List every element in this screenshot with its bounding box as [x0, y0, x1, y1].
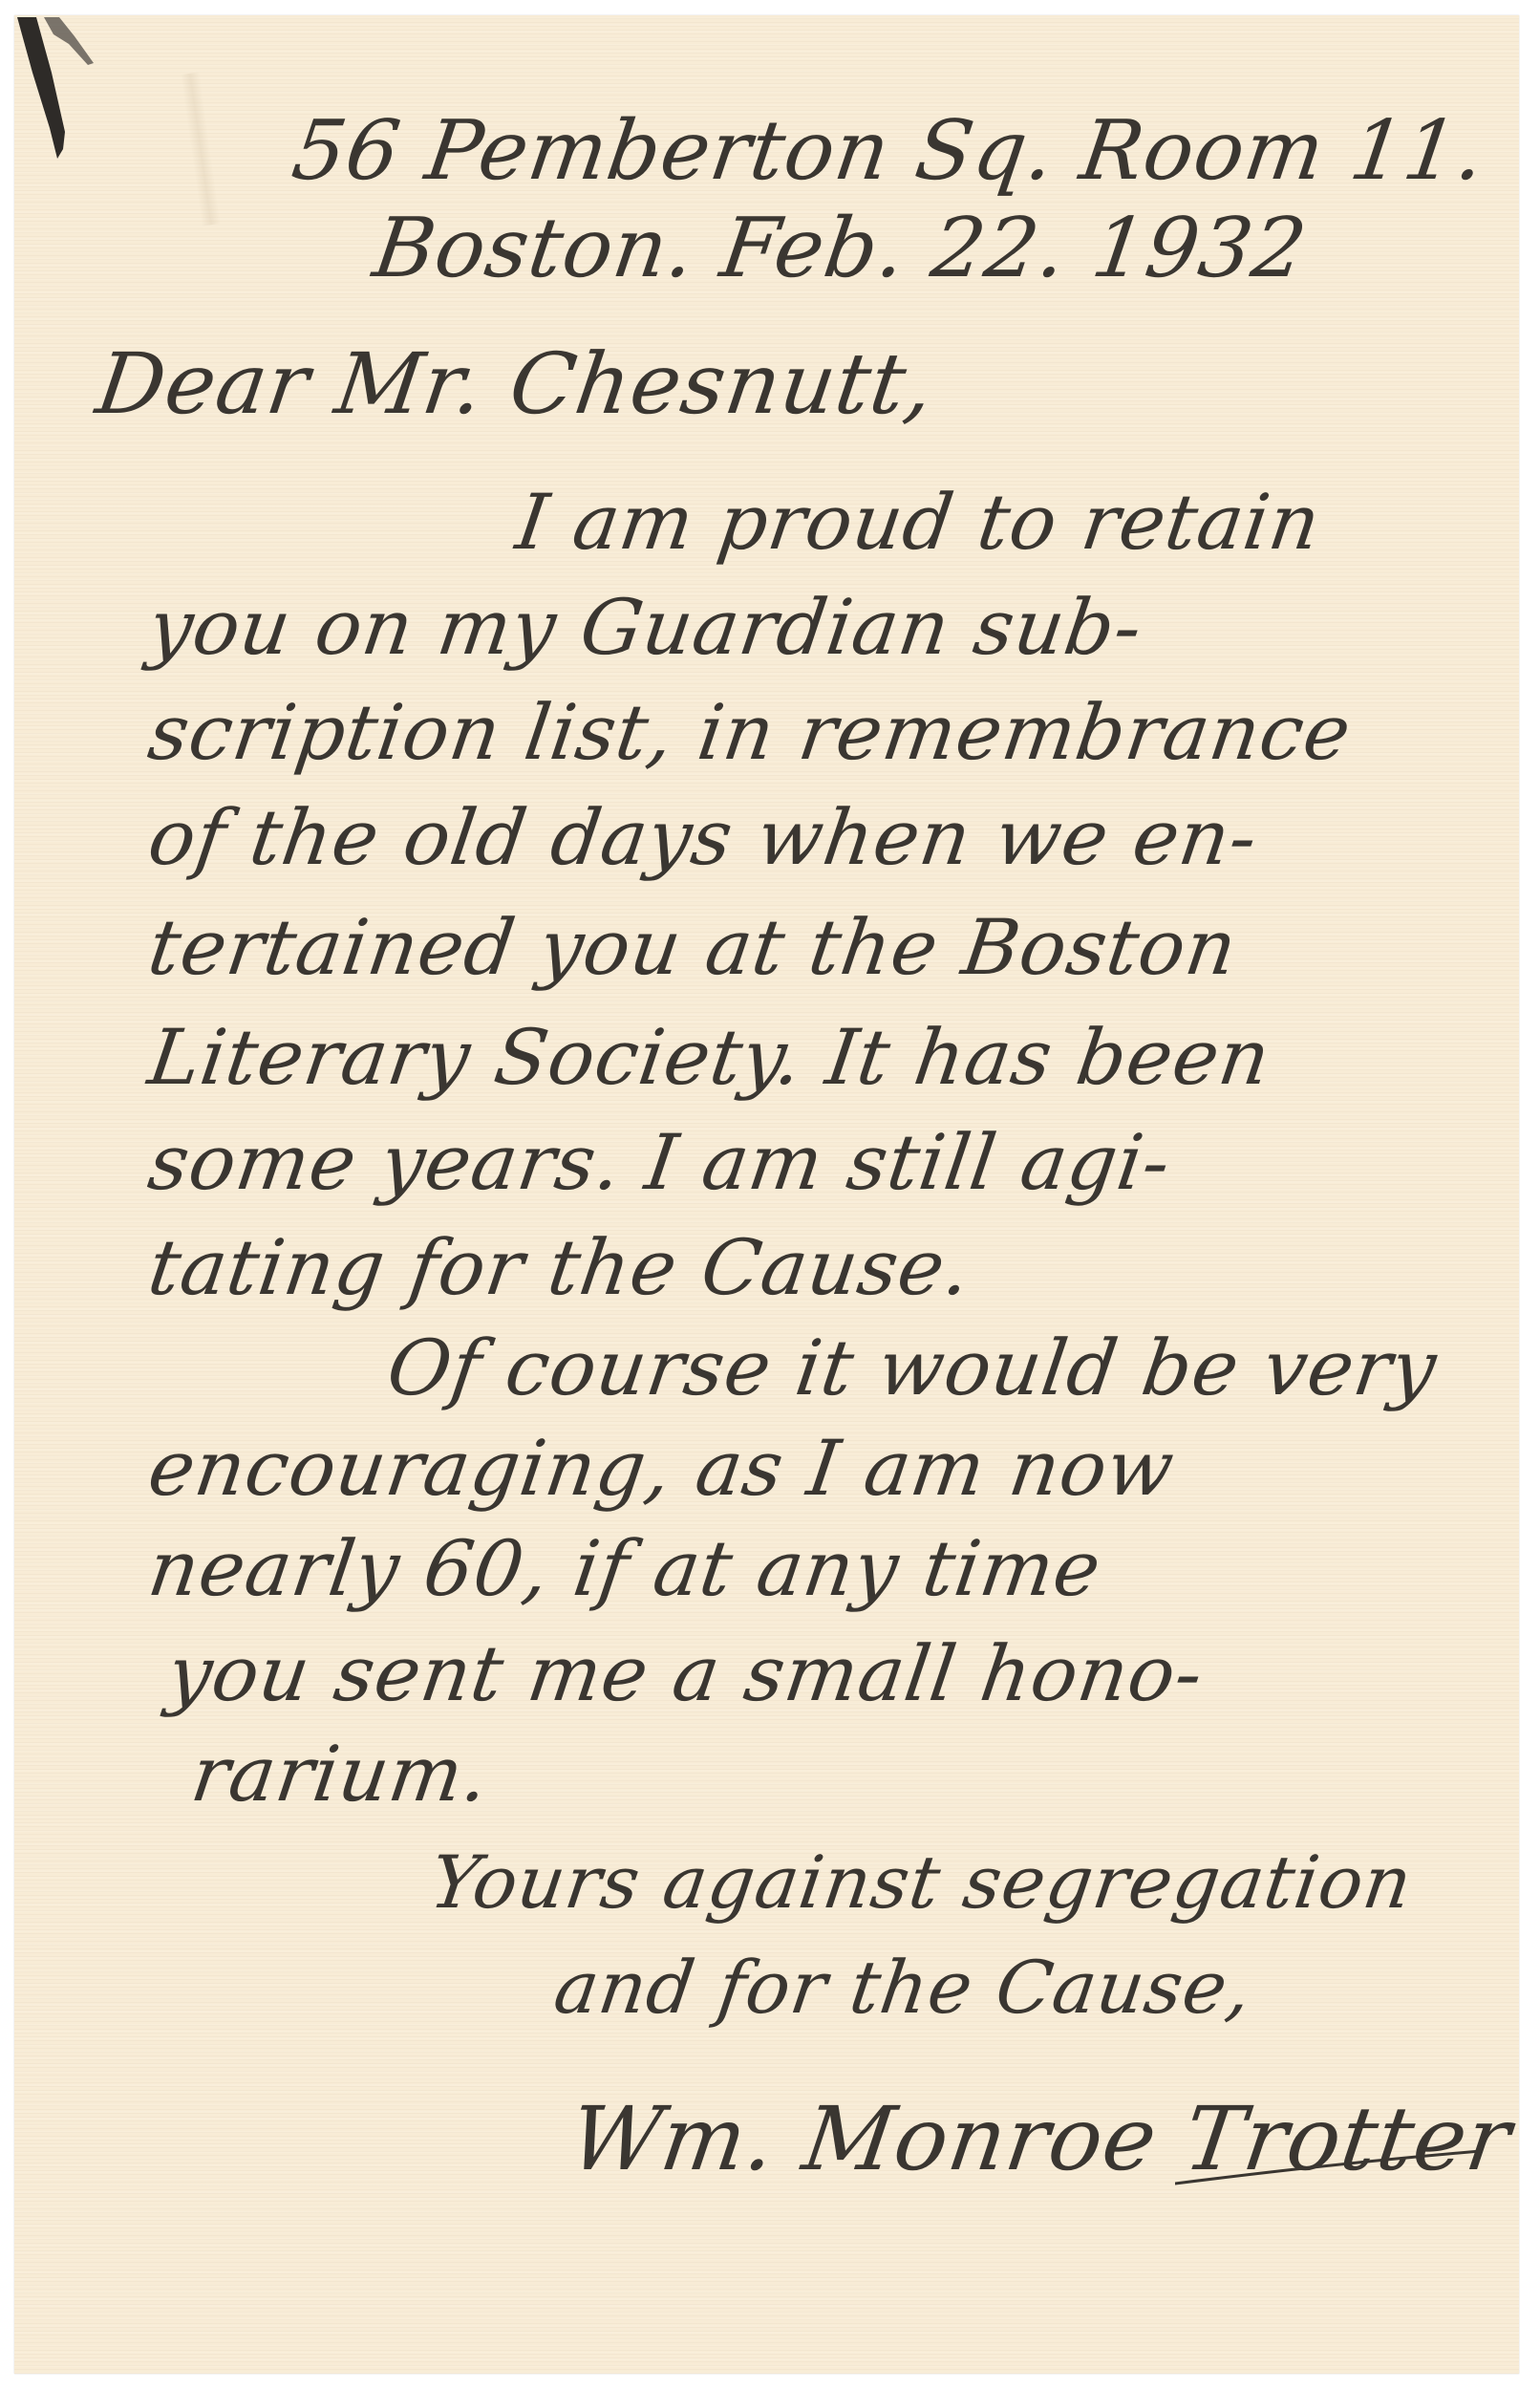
- body-line: tating for the Cause.: [143, 1223, 976, 1312]
- body-line: Of course it would be very: [382, 1324, 1443, 1412]
- body-line: you on my Guardian sub-: [143, 583, 1148, 672]
- address-line-2-date: Boston. Feb. 22. 1932: [368, 201, 1313, 296]
- closing-line-2: and for the Cause,: [549, 1945, 1257, 2030]
- body-line: nearly 60, if at any time: [143, 1524, 1106, 1613]
- body-line: some years. I am still agi-: [143, 1118, 1176, 1207]
- closing-line-1: Yours against segregation: [425, 1840, 1418, 1925]
- body-line: of the old days when we en-: [143, 793, 1263, 882]
- body-line: you sent me a small hono-: [162, 1629, 1208, 1718]
- signature-flourish-icon: [1175, 2145, 1481, 2203]
- body-line: encouraging, as I am now: [143, 1424, 1180, 1513]
- paper-crease: [181, 72, 221, 226]
- body-line: rarium.: [186, 1730, 495, 1819]
- ink-stroke-mark-icon: [15, 15, 101, 159]
- body-line: tertained you at the Boston: [143, 903, 1243, 992]
- salutation: Dear Mr. Chesnutt,: [91, 334, 940, 433]
- body-line: scription list, in remembrance: [143, 688, 1357, 777]
- address-line-1: 56 Pemberton Sq. Room 11.: [287, 103, 1491, 199]
- body-line: Literary Society. It has been: [143, 1013, 1276, 1102]
- body-line: I am proud to retain: [511, 478, 1326, 567]
